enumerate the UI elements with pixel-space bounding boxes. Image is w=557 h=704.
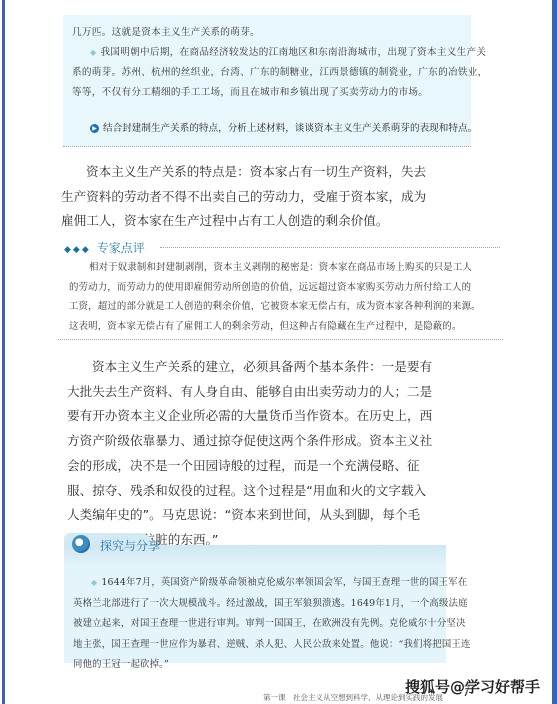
material-line: 系的萌芽。苏州、杭州的丝织业，台湾、广东的制糖业，江西景德镇的制瓷业，广东的冶铁… [72,64,488,78]
watermark: 搜狐号@学习好帮手 [405,676,540,697]
arrow-circle-icon: ▶ [90,124,99,133]
explore-text: ◆1644年7月，英国资产阶级革命领袖克伦威尔率领国会军，与国王查理一世的国王军… [73,573,471,676]
material-line: 等等，不仅有分工精细的手工工场，而且在城市和乡镇出现了买卖劳动力的市场。 [72,84,428,98]
divider [63,146,471,147]
material-line: 几万匹。这就是资本主义生产关系的萌芽。 [72,24,260,38]
diamond-icon: ◆◆◆ [64,245,91,255]
discussion-question: ▶结合封建制生产关系的特点，分析上述材料，谈谈资本主义生产关系萌芽的表现和特点。 [90,120,477,134]
page-border-right [552,0,557,704]
material-line: ◆我国明朝中后期，在商品经济较发达的江南地区和东南沿海城市，出现了资本主义生产关 [90,44,486,58]
paragraph-capitalist-relations: 资本主义生产关系的特点是：资本家占有一切生产资料，失去 生产资料的劳动者不得不出… [61,160,346,234]
page-border-left [2,0,5,704]
explore-title: 探究与分享 [100,537,160,554]
bullet-icon: ◆ [91,578,97,587]
divider [160,247,500,248]
expert-comment-body: 相对于奴隶制和封建制剥削，资本主义剥削的秘密是：资本家在商品市场上购买的只是工人… [69,258,481,336]
expert-comment-heading: ◆◆◆专家点评 [64,239,145,256]
material-box: 几万匹。这就是资本主义生产关系的萌芽。 ◆我国明朝中后期，在商品经济较发达的江南… [63,15,471,146]
divider [58,339,503,340]
globe-icon [72,535,90,553]
bullet-icon: ◆ [90,48,96,57]
explore-share-box: 探究与分享 ◆1644年7月，英国资产阶级革命领袖克伦威尔率领国会军，与国王查理… [64,533,446,663]
paragraph-conditions: 资本主义生产关系的建立，必须具备两个基本条件：一是要有 大批失去生产资料、有人身… [67,355,352,553]
